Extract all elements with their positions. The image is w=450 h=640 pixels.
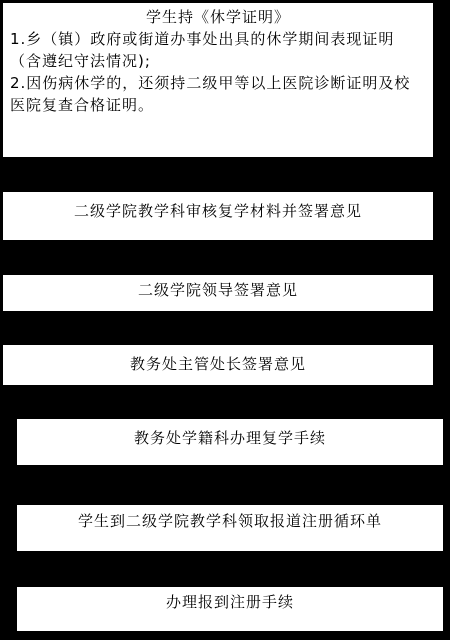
flow-step-college-leader-sign: 二级学院领导签署意见 [1, 273, 435, 313]
flow-step-college-teaching-office-review: 二级学院教学科审核复学材料并签署意见 [1, 190, 435, 242]
flow-step-report-and-register: 办理报到注册手续 [15, 585, 445, 633]
step-label: 办理报到注册手续 [17, 591, 443, 613]
step-label: 教务处学籍科办理复学手续 [17, 427, 443, 449]
flow-step-collect-registration-form: 学生到二级学院教学科领取报道注册循环单 [15, 503, 445, 553]
step-label: 教务处主管处长签署意见 [3, 353, 433, 375]
flow-step-certificate-requirements: 学生持《休学证明》 1.乡（镇）政府或街道办事处出具的休学期间表现证明（含遵纪守… [1, 1, 435, 159]
step-label: 学生到二级学院教学科领取报道注册循环单 [17, 510, 443, 532]
flow-step-registrar-handle-resumption: 教务处学籍科办理复学手续 [15, 417, 445, 467]
step-label: 二级学院教学科审核复学材料并签署意见 [3, 200, 433, 222]
flow-step-academic-affairs-director-sign: 教务处主管处长签署意见 [1, 343, 435, 387]
step-note-2: 2.因伤病休学的，还须持二级甲等以上医院诊断证明及校医院复查合格证明。 [10, 72, 426, 116]
step-note-1: 1.乡（镇）政府或街道办事处出具的休学期间表现证明（含遵纪守法情况); [10, 28, 426, 72]
resumption-flowchart: 学生持《休学证明》 1.乡（镇）政府或街道办事处出具的休学期间表现证明（含遵纪守… [0, 0, 450, 640]
step-label: 二级学院领导签署意见 [3, 279, 433, 301]
step-title: 学生持《休学证明》 [10, 6, 426, 28]
